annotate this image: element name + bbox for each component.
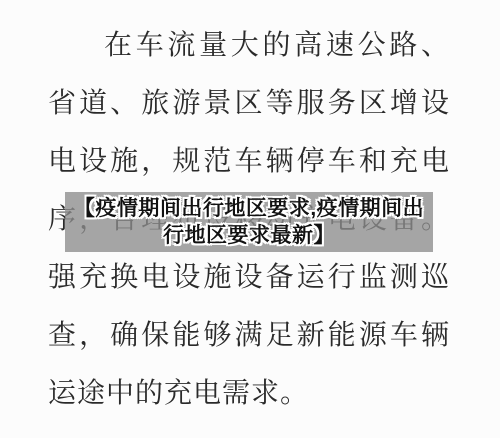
caption-title-line-1: 【疫情期间出行地区要求,疫情期间出 bbox=[74, 195, 424, 222]
article-line-3: 电设施，规范车辆停车和充电秩 bbox=[48, 132, 450, 190]
article-line-5: 强充换电设施设备运行监测巡 bbox=[48, 248, 450, 306]
article-line-7: 运途中的充电需求。 bbox=[48, 364, 450, 422]
caption-overlay: 【疫情期间出行地区要求,疫情期间出 行地区要求最新】 bbox=[65, 192, 433, 252]
article-page: 在车流量大的高速公路、国 省道、旅游景区等服务区增设充 电设施，规范车辆停车和充… bbox=[0, 0, 500, 438]
article-line-2: 省道、旅游景区等服务区增设充 bbox=[48, 74, 450, 132]
article-line-6: 查，确保能够满足新能源车辆春 bbox=[48, 306, 450, 364]
caption-title-line-2: 行地区要求最新】 bbox=[163, 222, 335, 249]
article-line-1: 在车流量大的高速公路、国 bbox=[48, 16, 450, 74]
